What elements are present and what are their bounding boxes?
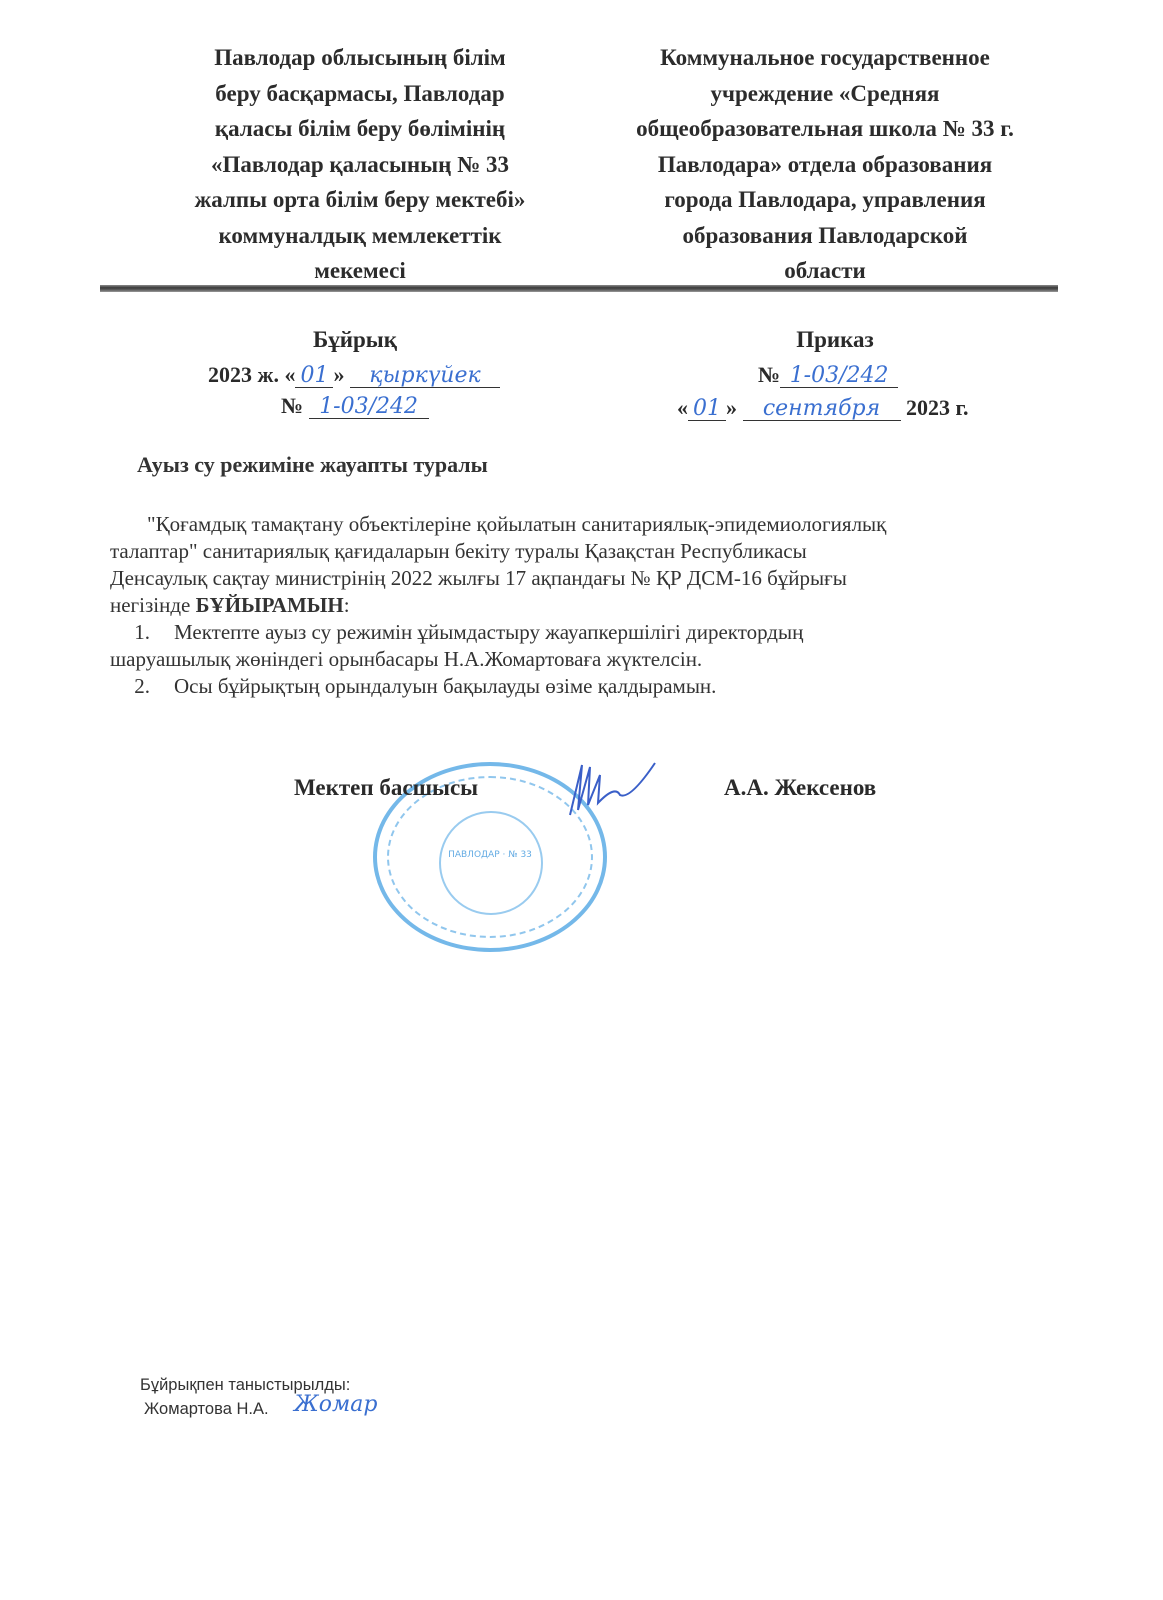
basis-command: БҰЙЫРАМЫН (196, 593, 344, 617)
list-item-number: 1. (110, 619, 150, 646)
list-item-number: 2. (110, 673, 150, 700)
handwritten-day: 01 (295, 365, 333, 388)
order-date-kz: 2023 ж. «01» қыркүйек (208, 362, 500, 388)
body-line: Денсаулық сақтау министрінің 2022 жылғы … (110, 565, 1050, 592)
order-number-ru: №1-03/242 (758, 362, 898, 388)
header-kz-line: жалпы орта білім беру мектебі» (150, 182, 570, 218)
basis-suffix: : (344, 593, 350, 617)
handwritten-month: қыркүйек (350, 365, 500, 388)
header-ru-line: области (585, 253, 1065, 289)
header-ru-line: образования Павлодарской (585, 218, 1065, 254)
order-body: "Қоғамдық тамақтану объектілеріне қойыла… (110, 511, 1050, 700)
quote-close: » (333, 362, 344, 387)
handwritten-number: 1-03/242 (780, 365, 898, 388)
signer-position: Мектеп басшысы (294, 775, 478, 801)
header-ru-line: Коммунальное государственное (585, 40, 1065, 76)
handwritten-month: сентября (743, 398, 901, 421)
handwritten-number: 1-03/242 (309, 396, 429, 419)
quote-close: » (726, 395, 737, 420)
order-subject: Ауыз су режиміне жауапты туралы (137, 452, 488, 478)
header-kz-line: «Павлодар қаласының № 33 (150, 147, 570, 183)
body-line: талаптар" санитариялық қағидаларын бекіт… (110, 538, 1050, 565)
order-number-kz: № 1-03/242 (281, 393, 429, 419)
acknowledgement-signature: Жомар (294, 1392, 377, 1417)
basis-prefix: негізінде (110, 593, 196, 617)
stamp-text: ПАВЛОДАР · № 33 (377, 850, 603, 860)
handwritten-day: 01 (688, 398, 726, 421)
signer-name: А.А. Жексенов (724, 775, 876, 801)
list-item: 1.Мектепте ауыз су режимін ұйымдастыру ж… (110, 619, 1050, 646)
header-kz-line: мекемесі (150, 253, 570, 289)
director-signature-icon (560, 755, 660, 830)
header-kz-line: беру басқармасы, Павлодар (150, 76, 570, 112)
order-title-ru: Приказ (735, 327, 935, 353)
header-kz-line: қаласы білім беру бөлімінің (150, 111, 570, 147)
number-label: № (281, 393, 303, 418)
body-line: "Қоғамдық тамақтану объектілеріне қойыла… (110, 511, 1050, 538)
quote-open: « (677, 395, 688, 420)
order-title-kz: Бұйрық (255, 327, 455, 353)
list-item: 2.Осы бұйрықтың орындалуын бақылауды өзі… (110, 673, 1050, 700)
header-ru-line: учреждение «Средняя (585, 76, 1065, 112)
order-date-ru: «01» сентября 2023 г. (677, 395, 969, 421)
header-ru: Коммунальное государственное учреждение … (585, 40, 1065, 289)
body-basis: негізінде БҰЙЫРАМЫН: (110, 592, 1050, 619)
acknowledgement-name: Жомартова Н.А. (144, 1400, 269, 1419)
list-item-text: Мектепте ауыз су режимін ұйымдастыру жау… (174, 620, 803, 644)
header-divider (100, 285, 1058, 292)
header-ru-line: Павлодара» отдела образования (585, 147, 1065, 183)
header-ru-line: общеобразовательная школа № 33 г. (585, 111, 1065, 147)
header-kz: Павлодар облысының білім беру басқармасы… (150, 40, 570, 289)
year-prefix: 2023 ж. « (208, 362, 295, 387)
year-suffix: 2023 г. (906, 395, 969, 420)
list-item-text: Осы бұйрықтың орындалуын бақылауды өзіме… (174, 674, 716, 698)
number-label: № (758, 362, 780, 387)
header-ru-line: города Павлодара, управления (585, 182, 1065, 218)
header-kz-line: коммуналдық мемлекеттік (150, 218, 570, 254)
header-kz-line: Павлодар облысының білім (150, 40, 570, 76)
list-item-continuation: шаруашылық жөніндегі орынбасары Н.А.Жома… (110, 646, 1050, 673)
